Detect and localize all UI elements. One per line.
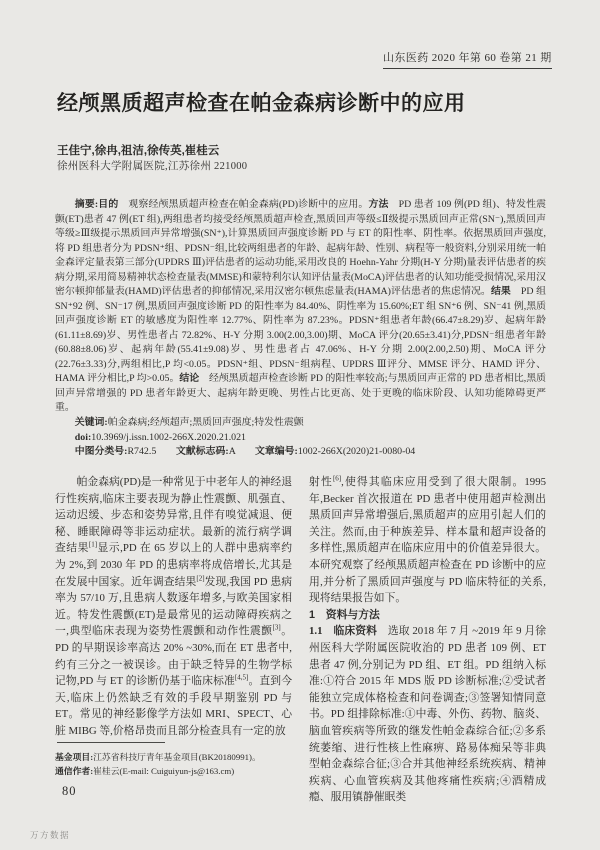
page-title: 经颅黑质超声检查在帕金森病诊断中的应用	[57, 87, 557, 117]
journal-header: 山东医药 2020 年第 60 卷第 21 期	[383, 49, 552, 69]
paper-page: 山东医药 2020 年第 60 卷第 21 期 经颅黑质超声检查在帕金森病诊断中…	[0, 0, 600, 850]
abstract-paragraph: 摘要:目的 观察经颅黑质超声检查在帕金森病(PD)诊断中的应用。方法 PD 患者…	[55, 198, 546, 416]
page-number: 80	[62, 784, 77, 799]
classification-line: 中图分类号:R742.5 文献标志码:A 文章编号:1002-266X(2020…	[55, 445, 546, 460]
fund-note: 基金项目:江苏省科技厅青年基金项目(BK20180991)。	[55, 751, 325, 765]
doi-line: doi:10.3969/j.issn.1002-266X.2020.21.021	[55, 431, 546, 446]
keywords-line: 关键词:帕金森病;经颅超声;黑质回声强度;特发性震颤	[55, 416, 546, 431]
watermark: 万方数据	[30, 829, 70, 841]
affiliation-line: 徐州医科大学附属医院,江苏徐州 221000	[57, 158, 247, 173]
front-matter: 摘要:目的 观察经颅黑质超声检查在帕金森病(PD)诊断中的应用。方法 PD 患者…	[55, 198, 546, 460]
authors-line: 王佳宁,徐冉,祖洁,徐传英,崔桂云	[57, 142, 219, 158]
intro-paragraph: 帕金森病(PD)是一种常见于中老年人的神经退行性疾病,临床主要表现为静止性震颤、…	[55, 474, 292, 740]
intro-paragraph-continued: 射性[6],使得其临床应用受到了很大限制。1995 年,Becker 首次报道在…	[309, 474, 546, 607]
footnote-divider	[57, 742, 165, 743]
section-heading-methods: 1 资料与方法	[309, 607, 546, 624]
right-column: 射性[6],使得其临床应用受到了很大限制。1995 年,Becker 首次报道在…	[309, 474, 546, 806]
clinical-data-paragraph: 1.1 临床资料 选取 2018 年 7 月 ~2019 年 9 月徐州医科大学…	[309, 623, 546, 806]
footnotes: 基金项目:江苏省科技厅青年基金项目(BK20180991)。 通信作者:崔桂云(…	[55, 751, 325, 778]
corresponding-author-note: 通信作者:崔桂云(E-mail: Cuiguiyun-js@163.cm)	[55, 765, 325, 779]
